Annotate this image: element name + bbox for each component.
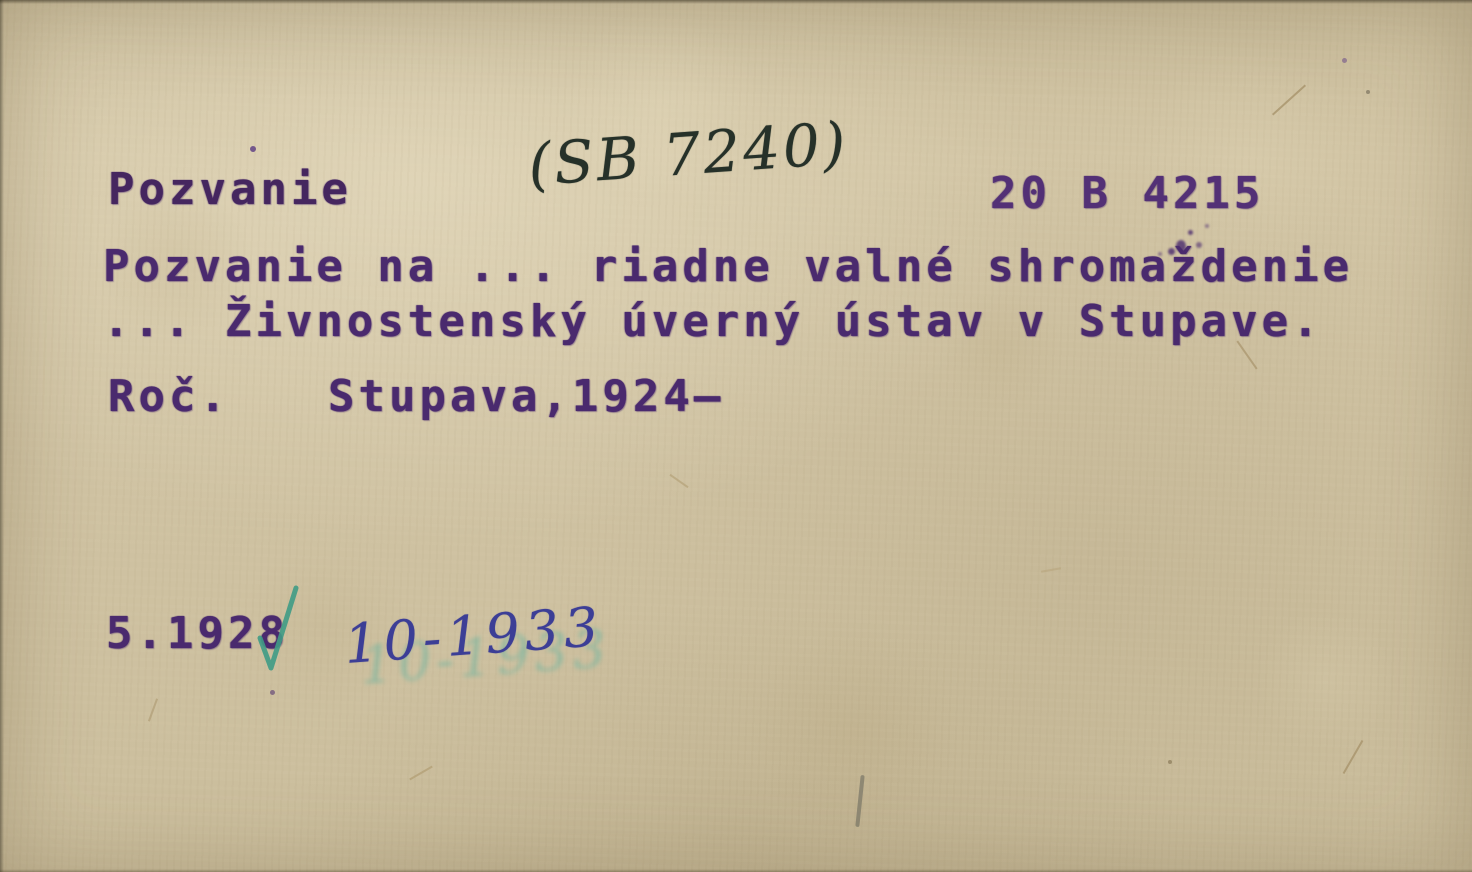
paper-speck bbox=[270, 690, 275, 695]
shelfmark-handwritten: (SB 7240) bbox=[526, 109, 851, 199]
paper-fiber bbox=[1041, 567, 1061, 572]
paper-speck bbox=[250, 146, 256, 152]
paper-fiber bbox=[855, 775, 864, 827]
paper-fiber bbox=[1343, 740, 1364, 774]
card-heading: Pozvanie bbox=[108, 168, 352, 212]
title-line-1: Pozvanie na ... riadne valné shromaždeni… bbox=[103, 245, 1353, 289]
catalog-card-scan: Pozvanie 20 B 4215 Pozvanie na ... riadn… bbox=[0, 0, 1472, 872]
paper-speck bbox=[1342, 58, 1347, 63]
imprint: Stupava,1924– bbox=[328, 375, 724, 419]
paper-fiber bbox=[409, 766, 433, 781]
paper-speck bbox=[1366, 90, 1370, 94]
paper-speck bbox=[1168, 760, 1172, 764]
scan-edge-top bbox=[0, 0, 1472, 4]
paper-fiber bbox=[669, 474, 688, 488]
title-line-2: ... Živnostenský úverný ústav v Stupave. bbox=[103, 300, 1323, 344]
paper-fiber bbox=[1272, 85, 1306, 116]
call-number: 20 B 4215 bbox=[990, 172, 1264, 216]
series-label: Roč. bbox=[108, 375, 230, 419]
scan-edge-left bbox=[0, 0, 4, 872]
checkmark-icon bbox=[254, 584, 302, 676]
paper-fiber bbox=[148, 698, 158, 721]
